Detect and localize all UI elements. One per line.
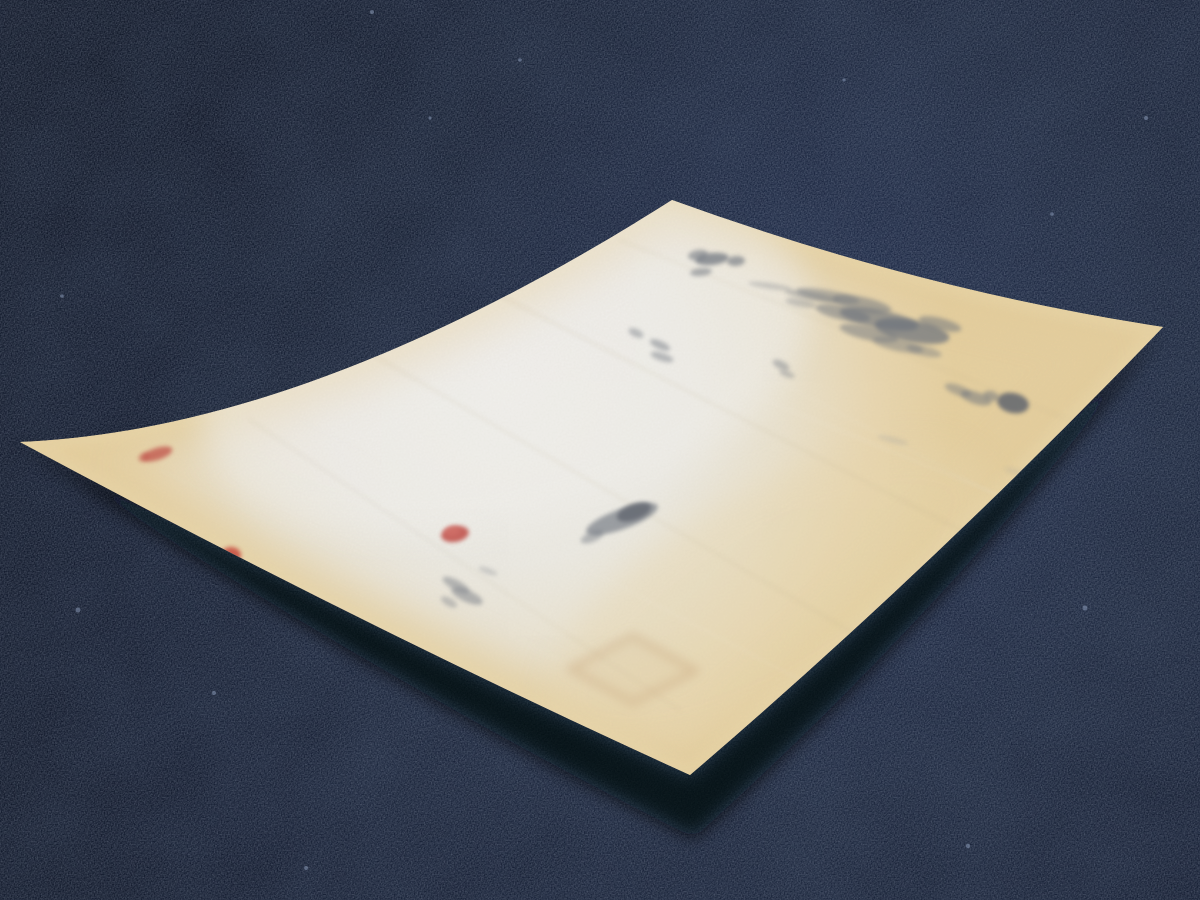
felt-lint-speck	[1050, 212, 1054, 216]
felt-lint-speck	[1144, 116, 1148, 120]
felt-lint-speck	[428, 116, 431, 119]
felt-lint-speck	[370, 10, 374, 14]
felt-lint-speck	[304, 866, 308, 870]
felt-lint-speck	[1083, 606, 1088, 611]
felt-lint-speck	[212, 691, 216, 695]
felt-lint-speck	[76, 608, 81, 613]
felt-lint-speck	[842, 78, 845, 81]
photo-canvas	[0, 0, 1200, 900]
felt-lint-speck	[966, 844, 970, 848]
felt-lint-speck	[518, 58, 522, 62]
felt-lint-speck	[60, 294, 64, 298]
photograph	[0, 0, 1200, 900]
